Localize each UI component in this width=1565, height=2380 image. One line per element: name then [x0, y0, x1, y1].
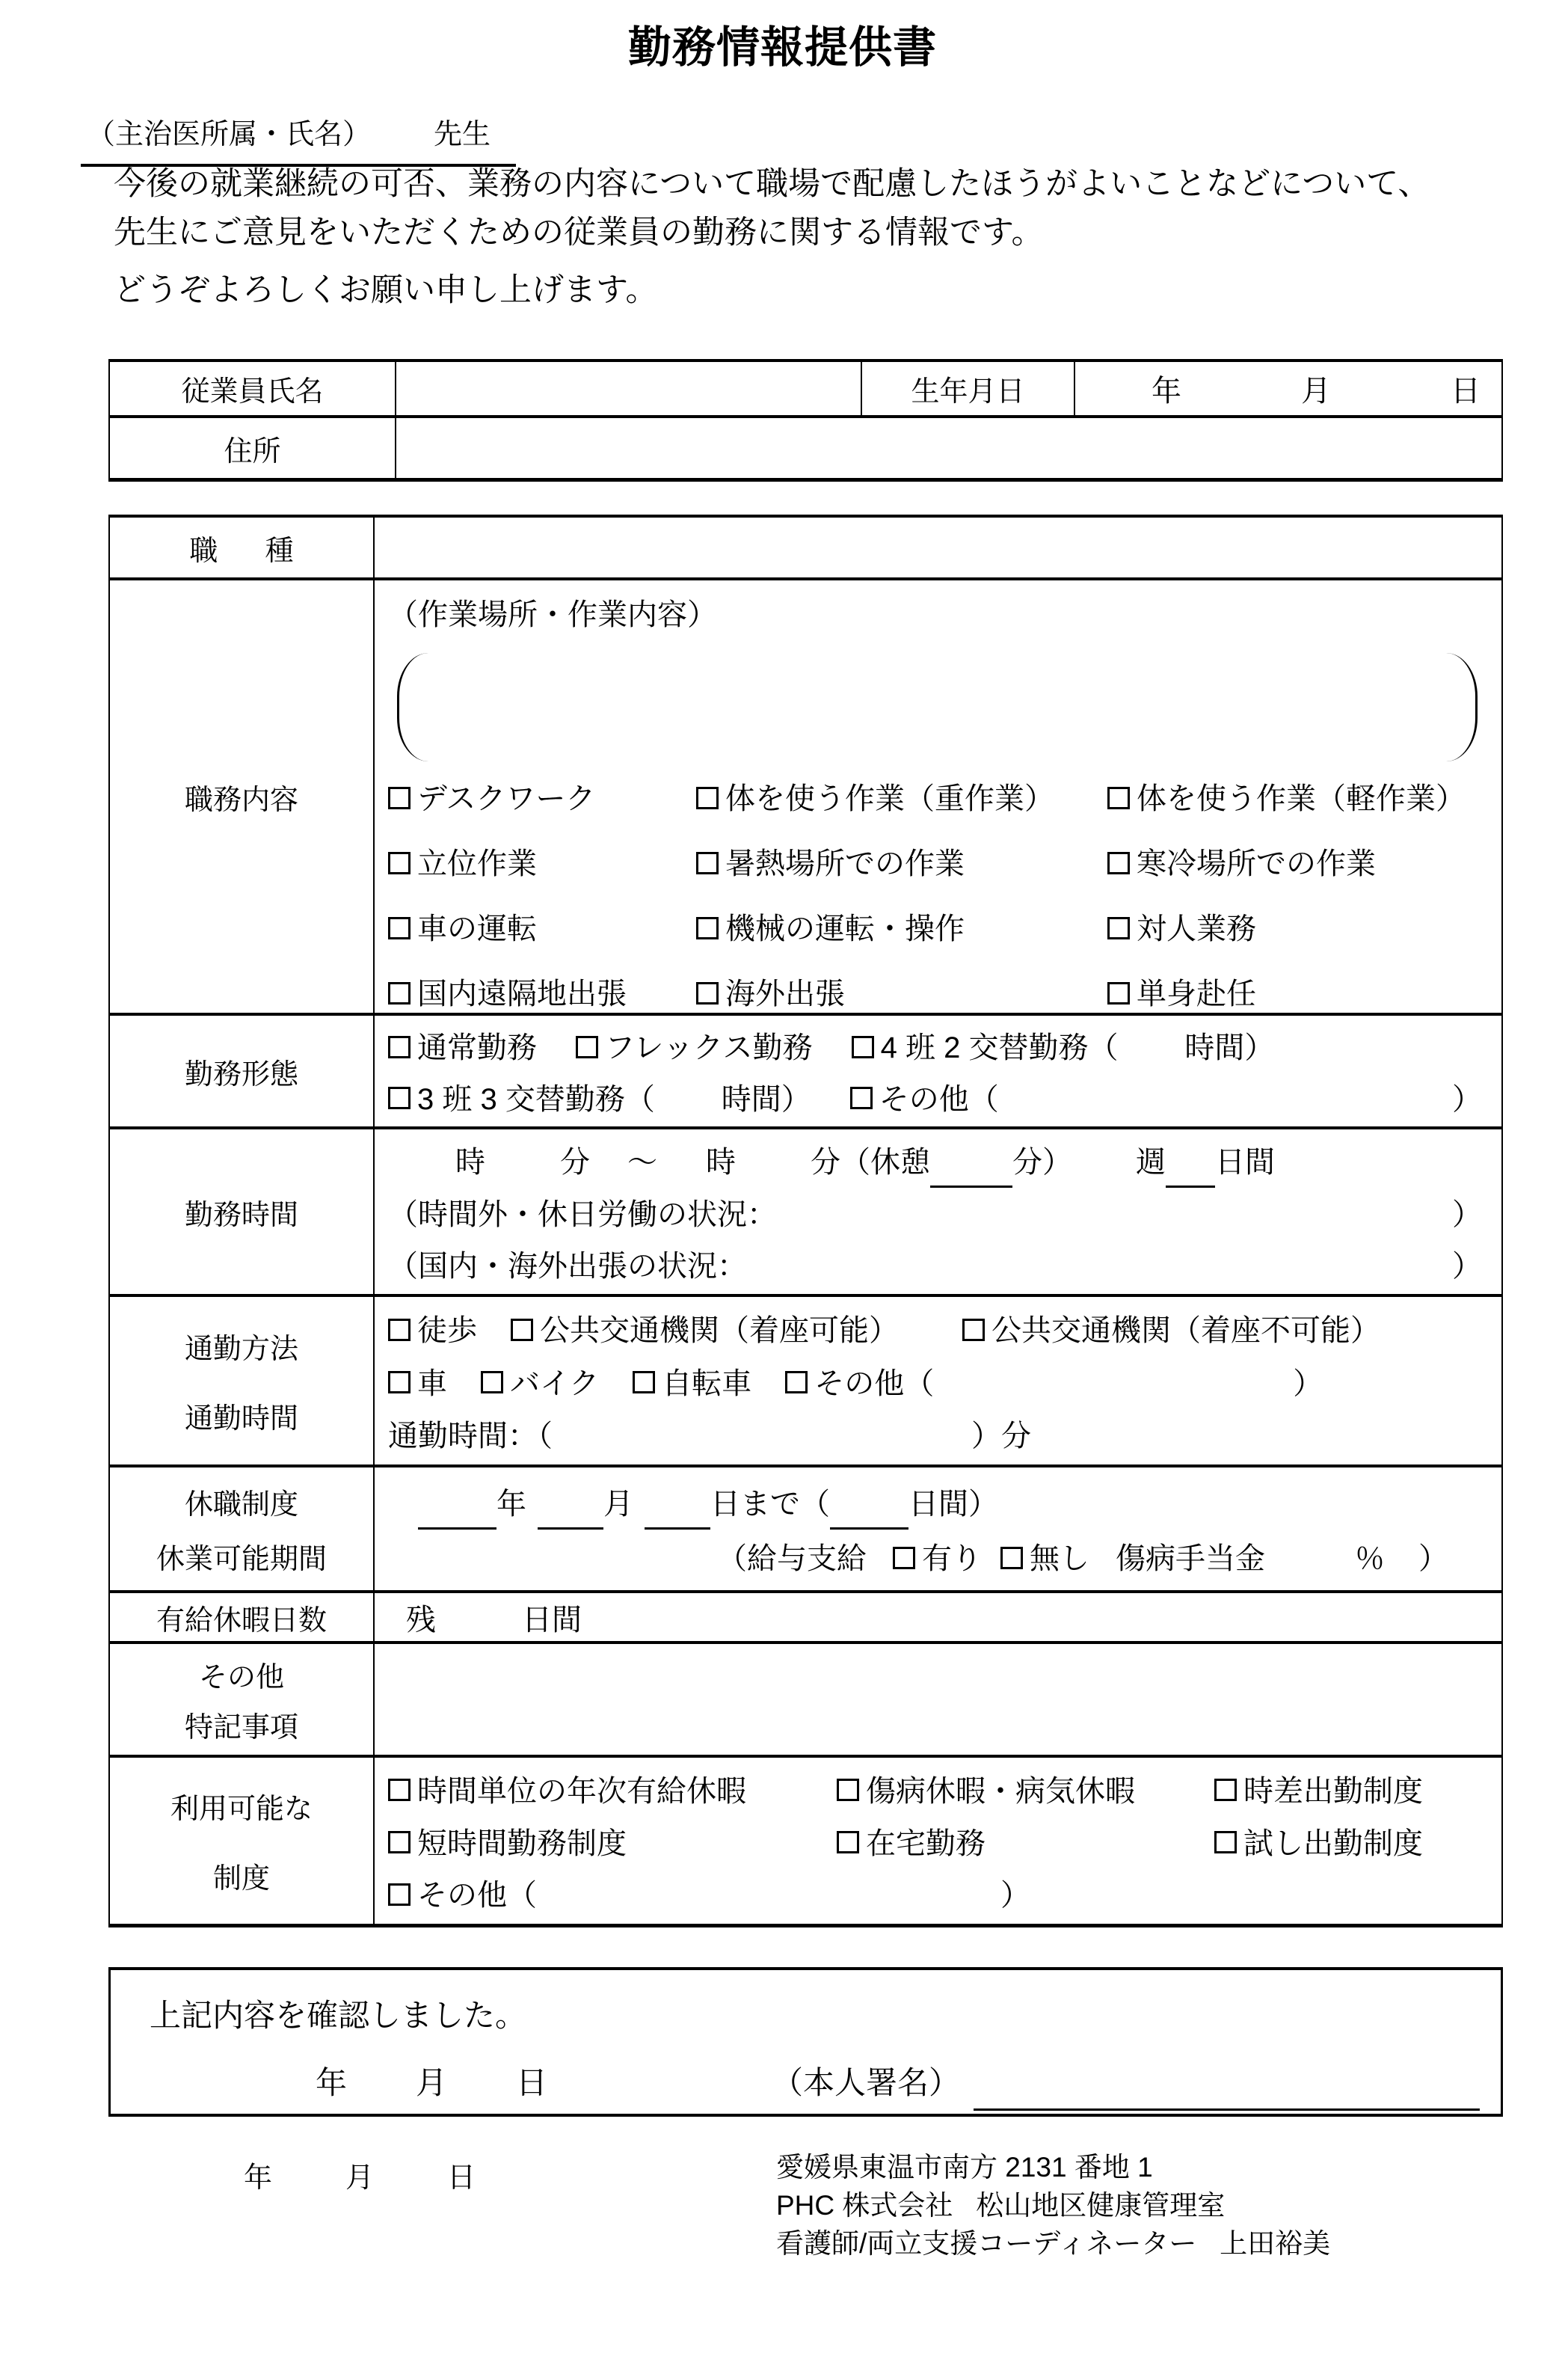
checkbox-option[interactable]: バイク [481, 1360, 599, 1402]
checkbox-option[interactable]: 徒歩 [388, 1307, 477, 1349]
commute-body: 徒歩 公共交通機関（着座可能） 公共交通機関（着座不可能） 車 バイク 自転車 … [375, 1297, 1501, 1465]
checkbox-option[interactable]: 公共交通機関（着座可能） [511, 1307, 899, 1349]
employee-name-label-cell: 従業員氏名 [110, 362, 396, 415]
birth-date-value-cell[interactable]: 年 月 日 [1075, 362, 1501, 415]
employee-info-table: 従業員氏名 生年月日 年 月 日 住所 [108, 359, 1503, 482]
work-style-body: 通常勤務 フレックス勤務 4 班 2 交替勤務（ 時間） 3 班 3 交替勤務（… [375, 1016, 1501, 1126]
confirmation-statement: 上記内容を確認しました。 [150, 1991, 1480, 2036]
month-unit: 月 [416, 2058, 447, 2103]
commute-method-label: 通勤方法 [185, 1325, 298, 1367]
option-label: その他（ [417, 1871, 537, 1914]
allowance-label: 傷病手当金 [1116, 1535, 1265, 1577]
month-unit: 月 [1301, 367, 1331, 410]
checkbox-icon [696, 787, 719, 809]
checkbox-option[interactable]: 3 班 3 交替勤務（ 時間） [388, 1076, 811, 1118]
intro-line: 今後の就業継続の可否、業務の内容について職場で配慮したほうがよいことなどについて… [114, 160, 1430, 209]
checkbox-option[interactable]: その他（ [388, 1871, 537, 1914]
programs-label-line2: 制度 [213, 1855, 270, 1896]
option-label: 在宅勤務 [866, 1820, 986, 1862]
checkbox-icon [388, 917, 411, 939]
tilde: ～ [627, 1138, 657, 1181]
job-content-label: 職務内容 [185, 776, 298, 818]
days-unit: 日間 [1215, 1138, 1275, 1181]
checkbox-option[interactable]: 体を使う作業（重作業） [696, 775, 1107, 818]
checkbox-icon [481, 1371, 503, 1393]
year-unit: 年 [1152, 367, 1181, 410]
day-unit: 日 [447, 2154, 476, 2195]
business-trip-line[interactable]: （国内・海外出張の状況： ） [388, 1242, 1482, 1285]
checkbox-option[interactable]: 傷病休暇・病気休暇 [837, 1767, 1214, 1810]
option-label: 機械の運転・操作 [725, 905, 965, 948]
confirmation-box: 上記内容を確認しました。 年 月 日 （本人署名） [108, 1967, 1503, 2117]
close-paren: ） [1452, 1191, 1482, 1233]
job-content-body: （作業場所・作業内容） デスクワーク 体を使う作業（重作業） 体を使う作業（軽作… [375, 580, 1501, 1013]
footer-contact-block: 愛媛県東温市南方 2131 番地 1 PHC 株式会社 松山地区健康管理室 看護… [776, 2148, 1330, 2263]
blank-field[interactable] [645, 1491, 710, 1530]
checkbox-icon [511, 1319, 533, 1341]
address-label-cell: 住所 [110, 418, 396, 478]
table-row: 従業員氏名 生年月日 年 月 日 [110, 362, 1501, 418]
checkbox-option[interactable]: 時差出勤制度 [1214, 1767, 1482, 1810]
work-details-table: 職 種 職務内容 （作業場所・作業内容） デスクワーク 体を使う作業（重作業） [108, 515, 1503, 1927]
checkbox-icon [696, 917, 719, 939]
option-label: 体を使う作業（重作業） [725, 775, 1054, 818]
job-type-label-cell: 職 種 [110, 518, 375, 577]
signature-line[interactable] [974, 2067, 1480, 2111]
checkbox-option[interactable]: デスクワーク [388, 775, 696, 818]
footer-date[interactable]: 年 月 日 [244, 2154, 476, 2195]
worksite-note: （作業場所・作業内容） [388, 591, 1482, 634]
checkbox-option[interactable]: 車 [388, 1360, 447, 1402]
doctor-affiliation-label: （主治医所属・氏名） [87, 111, 371, 152]
option-label: 短時間勤務制度 [417, 1820, 627, 1862]
days-unit: 日間 [522, 1596, 582, 1639]
option-label: 公共交通機関（着座不可能） [991, 1307, 1380, 1349]
commute-row: 通勤方法 通勤時間 徒歩 公共交通機関（着座可能） 公共交通機関（着座不可能） … [110, 1297, 1501, 1467]
footer-company: PHC 株式会社 松山地区健康管理室 [776, 2186, 1330, 2224]
employee-name-label: 従業員氏名 [181, 368, 323, 409]
footer-address: 愛媛県東温市南方 2131 番地 1 [776, 2148, 1330, 2186]
checkbox-option[interactable]: その他（ [850, 1076, 999, 1118]
doctor-honorific: 先生 [434, 111, 491, 152]
programs-label-cell: 利用可能な 制度 [110, 1758, 375, 1924]
commute-time-close: ）分 [971, 1412, 1031, 1455]
option-label: その他（ [879, 1076, 999, 1118]
bracket-left-icon [397, 653, 431, 761]
work-hours-label: 勤務時間 [185, 1191, 298, 1233]
checkbox-icon [633, 1371, 655, 1393]
days-close-label: 日間） [908, 1480, 998, 1523]
work-hours-line1: 時 分 ～ 時 分（休憩 分） 週 日間 [388, 1138, 1482, 1181]
option-label: 時差出勤制度 [1243, 1767, 1423, 1810]
checkbox-option[interactable]: 機械の運転・操作 [696, 905, 1107, 948]
option-label: 4 班 2 交替勤務（ 時間） [881, 1024, 1275, 1067]
leave-system-label: 休職制度 [185, 1481, 298, 1522]
checkbox-icon [388, 1779, 411, 1801]
programs-row: 利用可能な 制度 時間単位の年次有給休暇 傷病休暇・病気休暇 時差出勤制度 短時… [110, 1758, 1501, 1924]
checkbox-icon [850, 1087, 873, 1109]
year-unit: 年 [244, 2154, 272, 2195]
checkbox-icon [1214, 1831, 1237, 1853]
hour-unit: 時 [455, 1138, 485, 1181]
option-label: 海外出張 [725, 970, 845, 1013]
blank-field[interactable] [1166, 1150, 1215, 1188]
checkbox-icon [388, 1036, 411, 1058]
notes-label-cell: その他 特記事項 [110, 1644, 375, 1755]
programs-line1: 時間単位の年次有給休暇 傷病休暇・病気休暇 時差出勤制度 [388, 1767, 1482, 1810]
checkbox-icon [1214, 1779, 1237, 1801]
checkbox-icon [1107, 982, 1130, 1005]
checkbox-icon [576, 1036, 598, 1058]
checkbox-icon [1000, 1547, 1023, 1569]
blank-field[interactable] [930, 1150, 1012, 1188]
work-hours-body: 時 分 ～ 時 分（休憩 分） 週 日間 （時間外・休日労働の状況： ） [375, 1129, 1501, 1294]
checkbox-option[interactable]: 国内遠隔地出張 [388, 970, 696, 1013]
option-label: 試し出勤制度 [1243, 1820, 1423, 1862]
leave-row: 休職制度 休業可能期間 年 月 日まで（ 日間） （給与支給 有り 無し [110, 1467, 1501, 1593]
year-unit: 年 [316, 2058, 347, 2103]
blank-field[interactable] [830, 1491, 908, 1530]
checkbox-option[interactable]: 有り [893, 1535, 982, 1577]
month-unit: 月 [345, 2154, 374, 2195]
checkbox-icon [837, 1831, 859, 1853]
leave-label-cell: 休職制度 休業可能期間 [110, 1467, 375, 1590]
footer: 年 月 日 愛媛県東温市南方 2131 番地 1 PHC 株式会社 松山地区健康… [0, 2148, 1565, 2283]
checkbox-icon [785, 1371, 808, 1393]
blank-field[interactable] [418, 1491, 496, 1530]
page-title: 勤務情報提供書 [0, 12, 1565, 75]
checkbox-option[interactable]: フレックス勤務 [576, 1024, 813, 1067]
checkbox-icon [388, 1371, 411, 1393]
programs-label-line1: 利用可能な [170, 1785, 313, 1827]
option-label: 車の運転 [417, 905, 537, 948]
checkbox-option[interactable]: 試し出勤制度 [1214, 1820, 1482, 1862]
paid-leave-line: 残 日間 [388, 1596, 1482, 1639]
special-notes-label: 特記事項 [185, 1704, 298, 1745]
close-paren: ） [1418, 1535, 1448, 1577]
option-label: 自転車 [662, 1360, 751, 1402]
checkbox-icon [388, 1319, 411, 1341]
option-label: 体を使う作業（軽作業） [1137, 775, 1466, 818]
checkbox-icon [1107, 917, 1130, 939]
intro-line: 先生にご意見をいただくための従業員の勤務に関する情報です。 [114, 209, 1430, 257]
paid-leave-label: 有給休暇日数 [156, 1597, 327, 1638]
job-content-label-cell: 職務内容 [110, 580, 375, 1013]
employee-name-value-cell[interactable] [396, 362, 862, 415]
year-unit: 年 [496, 1480, 526, 1523]
intro-line: どうぞよろしくお願い申し上げます。 [114, 266, 1430, 315]
option-label: 徒歩 [417, 1307, 477, 1349]
signature-label: （本人署名） [772, 2058, 960, 2103]
option-label: 通常勤務 [417, 1024, 537, 1067]
programs-other-line: その他（ ） [388, 1871, 1482, 1914]
job-type-label: 職 種 [189, 527, 293, 568]
close-paren: ） [1000, 1871, 1030, 1914]
programs-body: 時間単位の年次有給休暇 傷病休暇・病気休暇 時差出勤制度 短時間勤務制度 在宅勤… [375, 1758, 1501, 1924]
option-label: 時間単位の年次有給休暇 [417, 1767, 746, 1810]
leave-period-label: 休業可能期間 [156, 1536, 327, 1577]
month-unit: 月 [603, 1480, 633, 1523]
checkbox-option[interactable]: 体を使う作業（軽作業） [1107, 775, 1482, 818]
commute-line2: 車 バイク 自転車 その他（ ） [388, 1360, 1482, 1402]
checkbox-icon [388, 1087, 411, 1109]
pay-open-label: （給与支給 [717, 1535, 867, 1577]
leave-until-line: 年 月 日まで（ 日間） [388, 1480, 1482, 1523]
checkbox-option[interactable]: 単身赴任 [1107, 970, 1482, 1013]
remaining-label: 残 [406, 1596, 436, 1639]
table-row: 住所 [110, 418, 1501, 478]
checkbox-option[interactable]: 時間単位の年次有給休暇 [388, 1767, 837, 1810]
percent-sign: ％ [1355, 1535, 1385, 1577]
break-close: 分） [1012, 1138, 1072, 1181]
footer-contact-person: 看護師/両立支援コーディネーター 上田裕美 [776, 2224, 1330, 2263]
week-unit: 週 [1136, 1138, 1166, 1181]
close-paren: ） [1452, 1076, 1482, 1118]
birth-date-label: 生年月日 [911, 368, 1024, 409]
job-type-row: 職 種 [110, 518, 1501, 580]
close-paren: ） [1293, 1360, 1323, 1402]
option-label: バイク [510, 1360, 599, 1402]
blank-field[interactable] [538, 1491, 603, 1530]
checkbox-option[interactable]: 車の運転 [388, 905, 696, 948]
checkbox-icon [852, 1036, 874, 1058]
checkbox-icon [696, 982, 719, 1005]
notes-row: その他 特記事項 [110, 1644, 1501, 1758]
break-open: 分（休憩 [811, 1138, 930, 1181]
option-label: 対人業務 [1137, 905, 1256, 948]
checkbox-option[interactable]: 海外出張 [696, 970, 1107, 1013]
checkbox-option[interactable]: 公共交通機関（着座不可能） [962, 1307, 1380, 1349]
checkbox-option[interactable]: 4 班 2 交替勤務（ 時間） [852, 1024, 1275, 1067]
job-content-options: デスクワーク 体を使う作業（重作業） 体を使う作業（軽作業） 立位作業 暑熱場所… [388, 775, 1482, 1013]
day-unit: 日 [516, 2058, 547, 2103]
checkbox-option[interactable]: 寒冷場所での作業 [1107, 840, 1482, 883]
notes-value-cell[interactable] [375, 1644, 1501, 1755]
work-information-form: 勤務情報提供書 （主治医所属・氏名） 先生 今後の就業継続の可否、業務の内容につ… [0, 0, 1565, 2380]
work-style-line1: 通常勤務 フレックス勤務 4 班 2 交替勤務（ 時間） [388, 1024, 1482, 1067]
commute-label-cell: 通勤方法 通勤時間 [110, 1297, 375, 1465]
checkbox-icon [388, 852, 411, 874]
checkbox-icon [388, 1883, 411, 1906]
hour-unit: 時 [706, 1138, 736, 1181]
signature-row: 年 月 日 （本人署名） [150, 2058, 1480, 2103]
paid-leave-row: 有給休暇日数 残 日間 [110, 1593, 1501, 1644]
checkbox-icon [962, 1319, 985, 1341]
minute-unit: 分 [560, 1138, 590, 1181]
option-label: 単身赴任 [1137, 970, 1256, 1013]
birth-date-label-cell: 生年月日 [862, 362, 1075, 415]
notes-label: その他 [199, 1654, 284, 1695]
checkbox-icon [696, 852, 719, 874]
close-paren: ） [1452, 1242, 1482, 1285]
worksite-entry-area[interactable] [397, 653, 1478, 761]
job-type-value-cell[interactable] [375, 518, 1501, 577]
work-style-row: 勤務形態 通常勤務 フレックス勤務 4 班 2 交替勤務（ 時間） 3 班 3 … [110, 1016, 1501, 1129]
option-label: 傷病休暇・病気休暇 [866, 1767, 1135, 1810]
option-label: デスクワーク [417, 775, 595, 818]
option-label: 立位作業 [417, 840, 537, 883]
work-style-label-cell: 勤務形態 [110, 1016, 375, 1126]
checkbox-option[interactable]: 通常勤務 [388, 1024, 537, 1067]
programs-line2: 短時間勤務制度 在宅勤務 試し出勤制度 [388, 1820, 1482, 1862]
checkbox-icon [388, 982, 411, 1005]
leave-pay-line: （給与支給 有り 無し 傷病手当金 ％ ） [388, 1535, 1482, 1577]
paid-leave-label-cell: 有給休暇日数 [110, 1593, 375, 1641]
checkbox-icon [1107, 852, 1130, 874]
option-label: その他（ [814, 1360, 934, 1402]
checkbox-option[interactable]: 対人業務 [1107, 905, 1482, 948]
day-unit: 日 [1451, 367, 1481, 410]
option-label: 無し [1030, 1535, 1089, 1577]
checkbox-option[interactable]: 無し [1000, 1535, 1089, 1577]
checkbox-option[interactable]: その他（ [785, 1360, 934, 1402]
option-label: 公共交通機関（着座可能） [540, 1307, 899, 1349]
intro-paragraph: 今後の就業継続の可否、業務の内容について職場で配慮したほうがよいことなどについて… [114, 160, 1430, 315]
checkbox-icon [1107, 787, 1130, 809]
option-label: 暑熱場所での作業 [725, 840, 965, 883]
work-style-line2: 3 班 3 交替勤務（ 時間） その他（ ） [388, 1076, 1482, 1118]
commute-time-label: 通勤時間 [185, 1395, 298, 1436]
job-content-row: 職務内容 （作業場所・作業内容） デスクワーク 体を使う作業（重作業） 体を使う… [110, 580, 1501, 1016]
checkbox-icon [893, 1547, 915, 1569]
doctor-name-line[interactable]: （主治医所属・氏名） 先生 [81, 111, 516, 167]
option-label: 寒冷場所での作業 [1137, 840, 1376, 883]
paid-leave-body[interactable]: 残 日間 [375, 1593, 1501, 1641]
checkbox-option[interactable]: 短時間勤務制度 [388, 1820, 837, 1862]
commute-time-line[interactable]: 通勤時間：（ ）分 [388, 1412, 1482, 1455]
checkbox-icon [837, 1779, 859, 1801]
bracket-right-icon [1444, 653, 1478, 761]
commute-line1: 徒歩 公共交通機関（着座可能） 公共交通機関（着座不可能） [388, 1307, 1482, 1349]
option-label: フレックス勤務 [605, 1024, 813, 1067]
address-label: 住所 [224, 428, 280, 469]
address-value-cell[interactable] [396, 418, 1501, 478]
checkbox-option[interactable]: 暑熱場所での作業 [696, 840, 1107, 883]
overtime-line[interactable]: （時間外・休日労働の状況： ） [388, 1191, 1482, 1233]
commute-time-open: 通勤時間：（ [388, 1412, 553, 1455]
option-label: 車 [417, 1360, 447, 1402]
checkbox-option[interactable]: 自転車 [633, 1360, 751, 1402]
work-style-label: 勤務形態 [185, 1051, 298, 1092]
leave-body: 年 月 日まで（ 日間） （給与支給 有り 無し 傷病手当金 ％ ） [375, 1467, 1501, 1590]
checkbox-option[interactable]: 在宅勤務 [837, 1820, 1214, 1862]
checkbox-icon [388, 1831, 411, 1853]
option-label: 国内遠隔地出張 [417, 970, 627, 1013]
work-hours-row: 勤務時間 時 分 ～ 時 分（休憩 分） 週 日間 （時間外・休日労働の状況： [110, 1129, 1501, 1297]
checkbox-icon [388, 787, 411, 809]
option-label: 3 班 3 交替勤務（ 時間） [417, 1076, 811, 1118]
overtime-label: （時間外・休日労働の状況： [388, 1191, 777, 1233]
work-hours-label-cell: 勤務時間 [110, 1129, 375, 1294]
day-until-label: 日まで（ [710, 1480, 830, 1523]
option-label: 有り [922, 1535, 982, 1577]
trip-label: （国内・海外出張の状況： [388, 1242, 747, 1285]
checkbox-option[interactable]: 立位作業 [388, 840, 696, 883]
